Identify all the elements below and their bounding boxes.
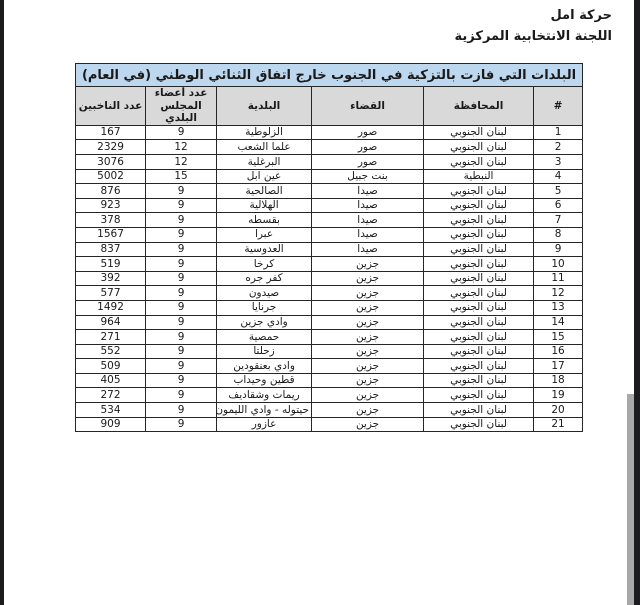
- cell-number: 6: [534, 198, 583, 213]
- cell-number: 5: [534, 184, 583, 199]
- cell-voters: 577: [76, 286, 146, 301]
- cell-council-members: 9: [146, 286, 217, 301]
- cell-district: جزين: [312, 359, 424, 374]
- cell-number: 8: [534, 227, 583, 242]
- table-row: 4النبطيةبنت جبيلعين ابل155002: [76, 169, 583, 184]
- table-row: 8لبنان الجنوبيصيداعبرا91567: [76, 227, 583, 242]
- cell-council-members: 9: [146, 271, 217, 286]
- cell-number: 11: [534, 271, 583, 286]
- committee-name: اللجنة الانتخابية المركزية: [455, 26, 612, 47]
- cell-governorate: لبنان الجنوبي: [424, 403, 534, 418]
- cell-governorate: النبطية: [424, 169, 534, 184]
- cell-voters: 534: [76, 403, 146, 418]
- cell-council-members: 12: [146, 154, 217, 169]
- cell-municipality: علما الشعب: [217, 140, 312, 155]
- cell-district: صيدا: [312, 213, 424, 228]
- cell-municipality: العدوسية: [217, 242, 312, 257]
- cell-municipality: الهلالية: [217, 198, 312, 213]
- table-row: 17لبنان الجنوبيجزينوادي بعنقودين9509: [76, 359, 583, 374]
- cell-municipality: قطين وحيداب: [217, 373, 312, 388]
- cell-municipality: البرغلية: [217, 154, 312, 169]
- cell-district: جزين: [312, 257, 424, 272]
- cell-council-members: 9: [146, 330, 217, 345]
- cell-number: 9: [534, 242, 583, 257]
- cell-district: صيدا: [312, 242, 424, 257]
- table-row: 5لبنان الجنوبيصيداالصالحية9876: [76, 184, 583, 199]
- cell-council-members: 9: [146, 315, 217, 330]
- cell-governorate: لبنان الجنوبي: [424, 140, 534, 155]
- cell-number: 2: [534, 140, 583, 155]
- cell-voters: 1492: [76, 300, 146, 315]
- table-row: 18لبنان الجنوبيجزينقطين وحيداب9405: [76, 373, 583, 388]
- cell-council-members: 12: [146, 140, 217, 155]
- cell-council-members: 9: [146, 125, 217, 140]
- cell-voters: 405: [76, 373, 146, 388]
- cell-number: 21: [534, 417, 583, 432]
- document-page: حركة امل اللجنة الانتخابية المركزية البل…: [0, 0, 640, 605]
- cell-number: 13: [534, 300, 583, 315]
- page-header: حركة امل اللجنة الانتخابية المركزية: [455, 5, 612, 47]
- cell-municipality: عين ابل: [217, 169, 312, 184]
- cell-voters: 909: [76, 417, 146, 432]
- cell-voters: 923: [76, 198, 146, 213]
- cell-governorate: لبنان الجنوبي: [424, 213, 534, 228]
- cell-council-members: 9: [146, 403, 217, 418]
- cell-council-members: 9: [146, 213, 217, 228]
- table-row: 21لبنان الجنوبيجزينعازور9909: [76, 417, 583, 432]
- cell-municipality: كفر جره: [217, 271, 312, 286]
- cell-governorate: لبنان الجنوبي: [424, 359, 534, 374]
- cell-council-members: 9: [146, 300, 217, 315]
- cell-governorate: لبنان الجنوبي: [424, 154, 534, 169]
- cell-district: صور: [312, 125, 424, 140]
- cell-governorate: لبنان الجنوبي: [424, 373, 534, 388]
- cell-municipality: زحلتا: [217, 344, 312, 359]
- cell-municipality: حمصية: [217, 330, 312, 345]
- cell-district: جزين: [312, 300, 424, 315]
- cell-governorate: لبنان الجنوبي: [424, 227, 534, 242]
- cell-municipality: صيدون: [217, 286, 312, 301]
- cell-number: 14: [534, 315, 583, 330]
- cell-governorate: لبنان الجنوبي: [424, 242, 534, 257]
- cell-voters: 552: [76, 344, 146, 359]
- cell-district: جزين: [312, 315, 424, 330]
- cell-municipality: كرخا: [217, 257, 312, 272]
- org-name: حركة امل: [455, 5, 612, 26]
- cell-district: جزين: [312, 403, 424, 418]
- cell-municipality: حيتوله - وادي الليمون: [217, 403, 312, 418]
- cell-governorate: لبنان الجنوبي: [424, 184, 534, 199]
- cell-voters: 167: [76, 125, 146, 140]
- cell-voters: 509: [76, 359, 146, 374]
- cell-municipality: بقسطه: [217, 213, 312, 228]
- results-table: البلدات التي فازت بالتزكية في الجنوب خار…: [75, 63, 583, 432]
- cell-council-members: 9: [146, 388, 217, 403]
- scrollbar-thumb[interactable]: [627, 394, 634, 605]
- window-left-edge: [0, 0, 4, 605]
- cell-district: جزين: [312, 373, 424, 388]
- cell-governorate: لبنان الجنوبي: [424, 344, 534, 359]
- cell-district: جزين: [312, 344, 424, 359]
- cell-district: بنت جبيل: [312, 169, 424, 184]
- cell-district: صيدا: [312, 227, 424, 242]
- window-right-edge: [634, 0, 640, 605]
- cell-number: 20: [534, 403, 583, 418]
- cell-municipality: وادي بعنقودين: [217, 359, 312, 374]
- cell-municipality: ريمات وشقاديف: [217, 388, 312, 403]
- cell-governorate: لبنان الجنوبي: [424, 300, 534, 315]
- cell-district: صيدا: [312, 184, 424, 199]
- cell-district: صور: [312, 154, 424, 169]
- table-title-row: البلدات التي فازت بالتزكية في الجنوب خار…: [76, 64, 583, 87]
- cell-voters: 5002: [76, 169, 146, 184]
- cell-number: 1: [534, 125, 583, 140]
- cell-voters: 378: [76, 213, 146, 228]
- cell-municipality: عبرا: [217, 227, 312, 242]
- cell-district: جزين: [312, 417, 424, 432]
- cell-district: جزين: [312, 330, 424, 345]
- cell-number: 3: [534, 154, 583, 169]
- cell-voters: 3076: [76, 154, 146, 169]
- cell-number: 19: [534, 388, 583, 403]
- table-row: 19لبنان الجنوبيجزينريمات وشقاديف9272: [76, 388, 583, 403]
- table-row: 11لبنان الجنوبيجزينكفر جره9392: [76, 271, 583, 286]
- cell-number: 7: [534, 213, 583, 228]
- cell-governorate: لبنان الجنوبي: [424, 417, 534, 432]
- cell-number: 15: [534, 330, 583, 345]
- table-row: 20لبنان الجنوبيجزينحيتوله - وادي الليمون…: [76, 403, 583, 418]
- table-row: 12لبنان الجنوبيجزينصيدون9577: [76, 286, 583, 301]
- cell-district: جزين: [312, 271, 424, 286]
- cell-voters: 272: [76, 388, 146, 403]
- cell-governorate: لبنان الجنوبي: [424, 125, 534, 140]
- cell-voters: 271: [76, 330, 146, 345]
- table-row: 6لبنان الجنوبيصيداالهلالية9923: [76, 198, 583, 213]
- table-row: 3لبنان الجنوبيصورالبرغلية123076: [76, 154, 583, 169]
- cell-council-members: 9: [146, 184, 217, 199]
- cell-number: 10: [534, 257, 583, 272]
- cell-municipality: وادي جزين: [217, 315, 312, 330]
- cell-number: 18: [534, 373, 583, 388]
- col-header-governorate: المحافظة: [424, 87, 534, 126]
- cell-district: صيدا: [312, 198, 424, 213]
- col-header-council-members: عدد أعضاء المجلس البلدي: [146, 87, 217, 126]
- cell-council-members: 9: [146, 198, 217, 213]
- cell-voters: 519: [76, 257, 146, 272]
- col-header-municipality: البلدية: [217, 87, 312, 126]
- cell-council-members: 9: [146, 242, 217, 257]
- cell-voters: 964: [76, 315, 146, 330]
- table-row: 13لبنان الجنوبيجزينجرنايا91492: [76, 300, 583, 315]
- cell-number: 4: [534, 169, 583, 184]
- cell-council-members: 9: [146, 344, 217, 359]
- cell-governorate: لبنان الجنوبي: [424, 286, 534, 301]
- cell-municipality: عازور: [217, 417, 312, 432]
- cell-council-members: 9: [146, 359, 217, 374]
- cell-district: صور: [312, 140, 424, 155]
- cell-district: جزين: [312, 388, 424, 403]
- cell-governorate: لبنان الجنوبي: [424, 271, 534, 286]
- cell-district: جزين: [312, 286, 424, 301]
- cell-municipality: الزلوطية: [217, 125, 312, 140]
- cell-municipality: جرنايا: [217, 300, 312, 315]
- cell-council-members: 9: [146, 227, 217, 242]
- col-header-number: #: [534, 87, 583, 126]
- table-row: 7لبنان الجنوبيصيدابقسطه9378: [76, 213, 583, 228]
- cell-council-members: 9: [146, 417, 217, 432]
- cell-voters: 876: [76, 184, 146, 199]
- table-row: 16لبنان الجنوبيجزينزحلتا9552: [76, 344, 583, 359]
- table-header-row: # المحافظة القضاء البلدية عدد أعضاء المج…: [76, 87, 583, 126]
- col-header-district: القضاء: [312, 87, 424, 126]
- table-row: 9لبنان الجنوبيصيداالعدوسية9837: [76, 242, 583, 257]
- cell-voters: 392: [76, 271, 146, 286]
- cell-governorate: لبنان الجنوبي: [424, 315, 534, 330]
- cell-council-members: 15: [146, 169, 217, 184]
- cell-municipality: الصالحية: [217, 184, 312, 199]
- cell-governorate: لبنان الجنوبي: [424, 330, 534, 345]
- cell-governorate: لبنان الجنوبي: [424, 257, 534, 272]
- table-title: البلدات التي فازت بالتزكية في الجنوب خار…: [76, 64, 583, 87]
- cell-voters: 837: [76, 242, 146, 257]
- cell-council-members: 9: [146, 373, 217, 388]
- cell-number: 16: [534, 344, 583, 359]
- cell-voters: 1567: [76, 227, 146, 242]
- cell-governorate: لبنان الجنوبي: [424, 388, 534, 403]
- cell-council-members: 9: [146, 257, 217, 272]
- table-row: 14لبنان الجنوبيجزينوادي جزين9964: [76, 315, 583, 330]
- table-row: 2لبنان الجنوبيصورعلما الشعب122329: [76, 140, 583, 155]
- cell-governorate: لبنان الجنوبي: [424, 198, 534, 213]
- table-row: 1لبنان الجنوبيصورالزلوطية9167: [76, 125, 583, 140]
- col-header-voters: عدد الناخبين: [76, 87, 146, 126]
- table-row: 15لبنان الجنوبيجزينحمصية9271: [76, 330, 583, 345]
- cell-voters: 2329: [76, 140, 146, 155]
- cell-number: 17: [534, 359, 583, 374]
- table-row: 10لبنان الجنوبيجزينكرخا9519: [76, 257, 583, 272]
- cell-number: 12: [534, 286, 583, 301]
